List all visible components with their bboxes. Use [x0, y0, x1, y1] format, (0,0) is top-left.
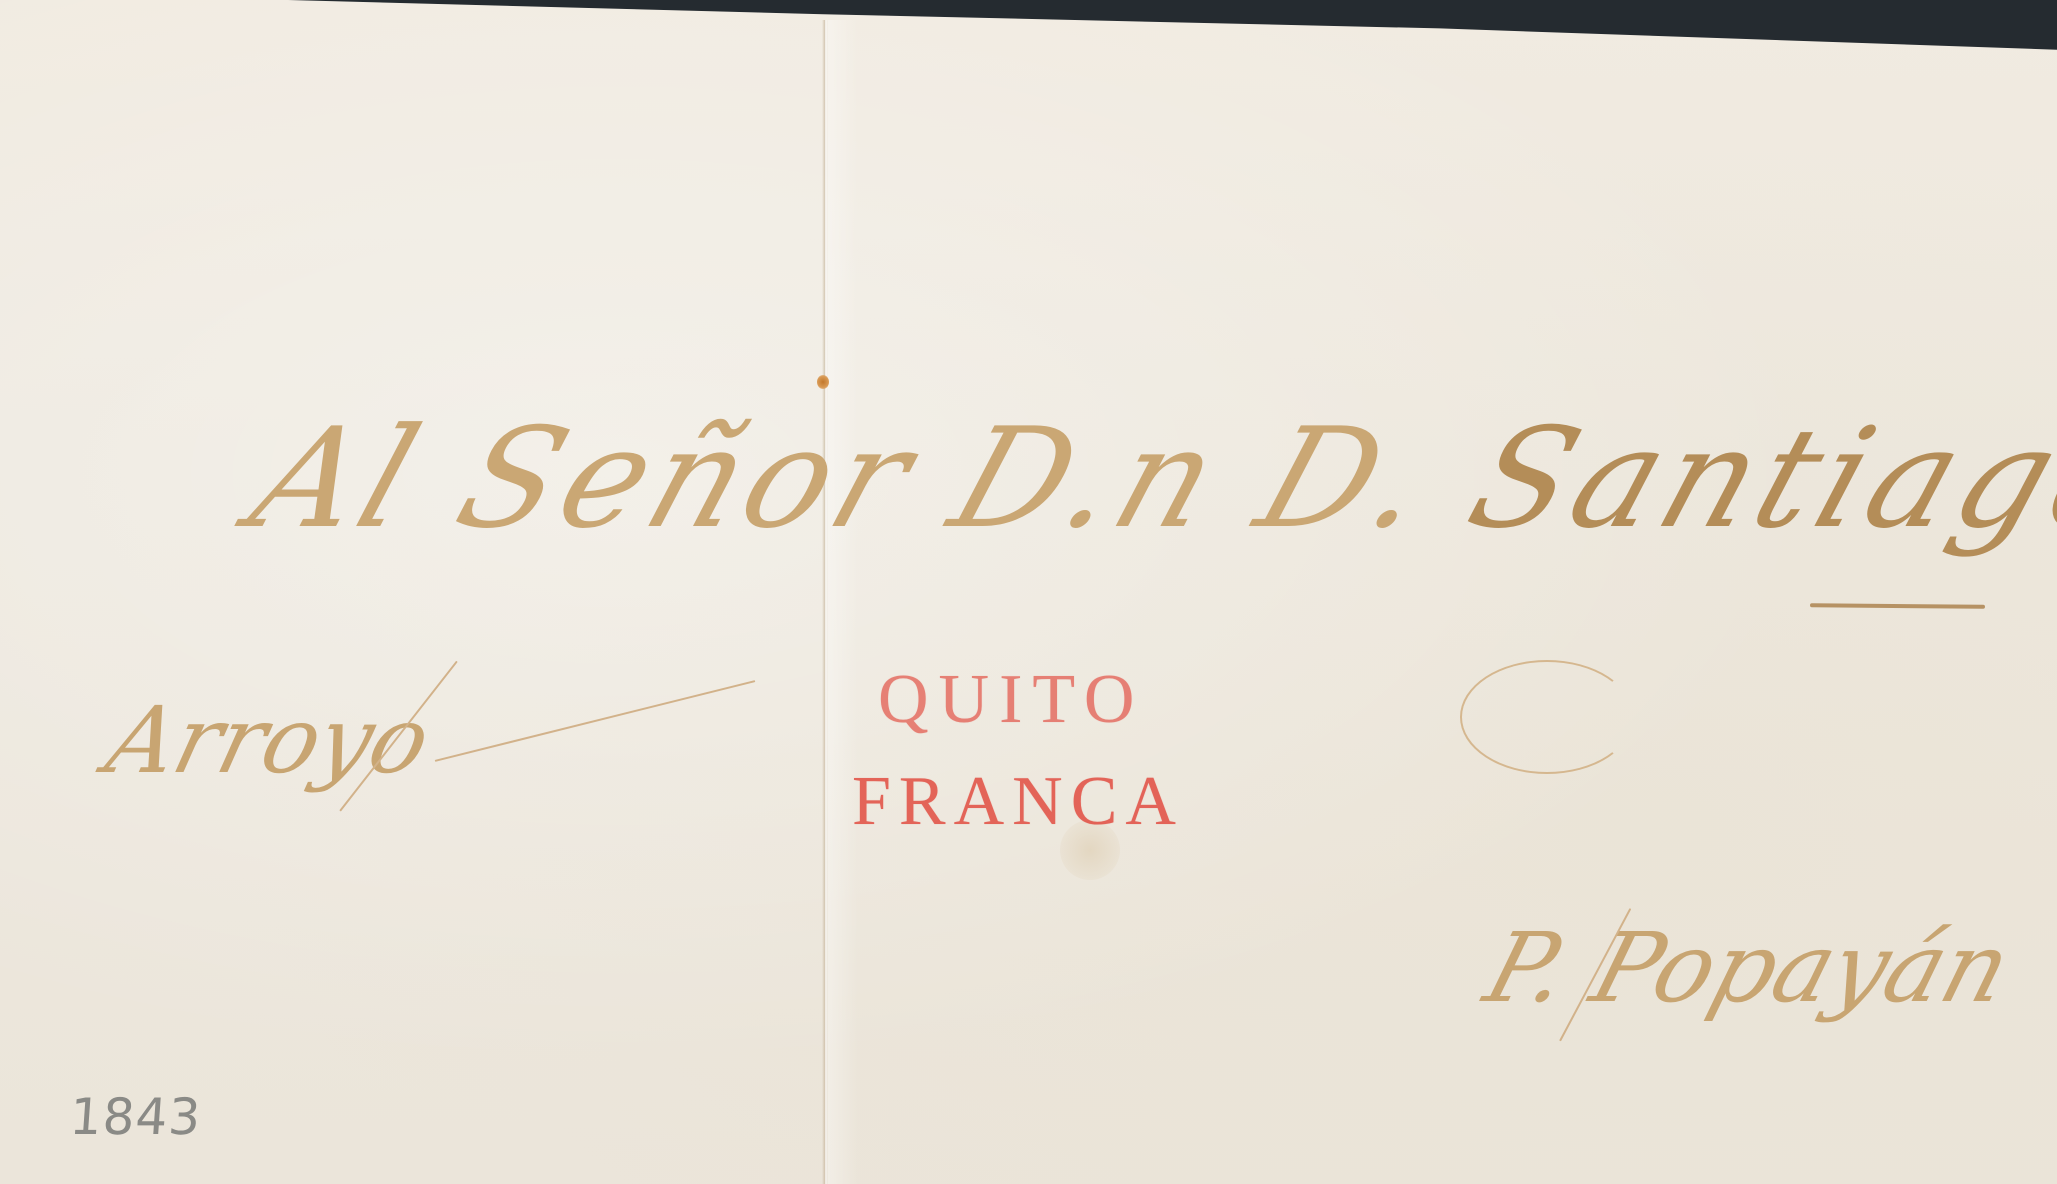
- postmark-line-2: FRANCA: [852, 762, 1184, 842]
- address-surname: Arroyo: [99, 695, 439, 787]
- address-destination: P. Popayán: [1476, 920, 2020, 1016]
- address-first-name: Santiago: [1451, 398, 2057, 559]
- address-line-1: Al Señor D.n D. Santiago: [238, 410, 2057, 548]
- photo-scene: Al Señor D.n D. Santiago Arroyo QUITO FR…: [0, 0, 2057, 1184]
- fold-crease-highlight: [828, 20, 858, 1184]
- postmark-line-1: QUITO: [878, 660, 1144, 740]
- address-salutation: Al Señor D.n D.: [234, 398, 1454, 559]
- pencil-year-note: 1843: [68, 1088, 203, 1146]
- rust-spot: [817, 375, 829, 389]
- decorative-curl: [1460, 660, 1634, 774]
